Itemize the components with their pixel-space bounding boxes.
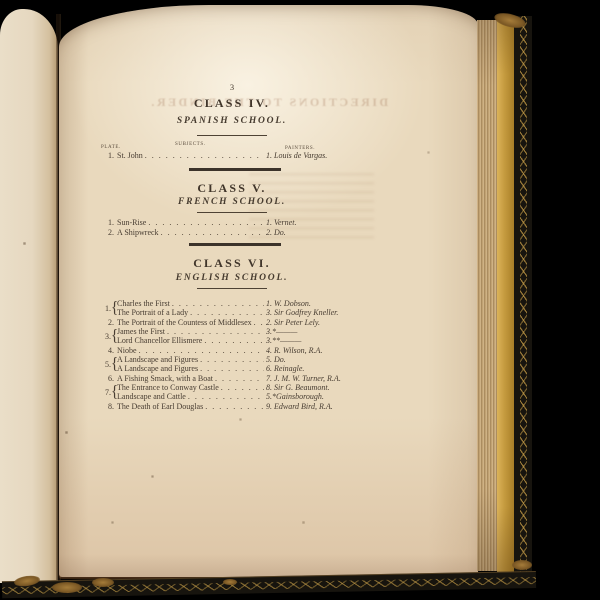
leader-dots: ........................ (205, 402, 264, 411)
leader-dots: ........................ (254, 318, 264, 327)
leader-dots: ........................ (215, 374, 264, 383)
painter-cell: 9. Edward Bird, R.A. (266, 402, 365, 411)
subject-cell: Sun-Rise (117, 218, 146, 228)
class-4-school: SPANISH SCHOOL. (99, 116, 365, 126)
painter-cell: 1. Vernet. (266, 218, 365, 228)
subject-cell: A Fishing Smack, with a Boat (117, 374, 213, 383)
class-6-title: CLASS VI. (99, 256, 365, 271)
painter-cell: 1. W. Dobson. (266, 299, 365, 308)
leader-dots: ........................ (204, 336, 264, 345)
page-content: 3 CLASS IV. SPANISH SCHOOL. PLATE. SUBJE… (99, 5, 365, 577)
cover-trim-right (514, 16, 532, 576)
catalog-row: A Landscape and Figures ................… (99, 364, 365, 373)
painter-cell: 3.*——— (266, 327, 365, 336)
brace-glyph: { (111, 355, 118, 375)
gilt-edge (497, 19, 514, 573)
paper-specks (0, 0, 1, 1)
worn-gilding-spot (52, 582, 82, 593)
painter-cell: 6. Reinagle. (266, 364, 365, 373)
plate-number: 3. (99, 332, 111, 341)
leader-dots: ........................ (200, 355, 264, 364)
plate-pair-3: 3. { (99, 327, 123, 346)
plate-pair-5: 5. { (99, 355, 123, 374)
plate-number: 8. (99, 402, 117, 411)
catalog-row: 8. The Death of Earl Douglas ...........… (99, 402, 365, 411)
plate-number: 1. (99, 304, 111, 313)
plate-number: 1. (99, 218, 117, 228)
catalog-row: A Landscape and Figures ................… (99, 355, 365, 364)
plate-number: 2. (99, 228, 117, 238)
book-photo: DIRECTIONS TO THE BINDER. 3 CLASS IV. SP… (0, 0, 600, 600)
class-5-school: FRENCH SCHOOL. (99, 197, 365, 207)
plate-number: 1. (99, 151, 117, 160)
leader-dots: ........................ (145, 151, 264, 160)
divider-rule (197, 212, 267, 213)
worn-gilding-spot (223, 579, 237, 585)
subject-cell: Landscape and Cattle (117, 392, 186, 401)
catalog-row: 1. Sun-Rise ........................ 1. … (99, 218, 365, 228)
leader-dots: ........................ (161, 228, 264, 238)
catalog-row: Landscape and Cattle ...................… (99, 392, 365, 401)
class-5-rows: 1. Sun-Rise ........................ 1. … (99, 218, 365, 237)
column-header-plate: PLATE. (101, 145, 121, 150)
catalog-row: 4. Niobe ........................ 4. R. … (99, 346, 365, 355)
worn-gilding-spot (512, 560, 532, 570)
painter-cell: 3.**——— (266, 336, 365, 345)
gold-zigzag-trim (2, 577, 536, 594)
column-header-subjects: SUBJECTS. (175, 142, 206, 147)
catalog-row: The Entrance to Conway Castle ..........… (99, 383, 365, 392)
book-page: DIRECTIONS TO THE BINDER. 3 CLASS IV. SP… (59, 5, 478, 577)
worn-gilding-spot (92, 578, 114, 587)
subject-cell: The Death of Earl Douglas (117, 402, 203, 411)
painter-cell: 8. Sir G. Beaumont. (266, 383, 365, 392)
class-5-title: CLASS V. (99, 181, 365, 196)
painter-cell: 4. R. Wilson, R.A. (266, 346, 365, 355)
section-divider (189, 168, 281, 171)
divider-rule (197, 288, 267, 289)
plate-pair-1: 1. { (99, 299, 123, 318)
class-6-school: ENGLISH SCHOOL. (99, 273, 365, 283)
catalog-row: 2. A Shipwreck ........................ … (99, 228, 365, 238)
leader-dots: ........................ (139, 346, 264, 355)
catalog-row: 2. The Portrait of the Countess of Middl… (99, 318, 365, 327)
painter-cell: 2. Do. (266, 228, 365, 238)
catalog-row: James the First ........................… (99, 327, 365, 336)
catalog-row: The Portrait of a Lady .................… (99, 308, 365, 317)
facing-page (0, 9, 58, 583)
painter-cell: 2. Sir Peter Lely. (266, 318, 365, 327)
catalog-row: 6. A Fishing Smack, with a Boat ........… (99, 374, 365, 383)
subject-cell: The Portrait of a Lady (117, 308, 188, 317)
painter-cell: 5. Do. (266, 355, 365, 364)
subject-cell: A Landscape and Figures (117, 355, 198, 364)
subject-cell: A Landscape and Figures (117, 364, 198, 373)
subject-cell: Lord Chancellor Ellismere (117, 336, 202, 345)
subject-cell: Charles the First (117, 299, 170, 308)
brace-glyph: { (111, 383, 118, 403)
divider-rule (197, 135, 267, 136)
plate-number: 5. (99, 360, 111, 369)
leader-dots: ........................ (188, 392, 264, 401)
subject-cell: A Shipwreck (117, 228, 159, 238)
painter-cell: 7. J. M. W. Turner, R.A. (266, 374, 365, 383)
subject-cell: James the First (117, 327, 165, 336)
catalog-row: 1. St. John ........................ 1. … (99, 151, 365, 160)
catalog-row: Lord Chancellor Ellismere ..............… (99, 336, 365, 345)
plate-pair-7: 7. { (99, 383, 123, 402)
subject-cell: The Portrait of the Countess of Middlese… (117, 318, 252, 327)
subject-cell: The Entrance to Conway Castle (117, 383, 219, 392)
leader-dots: ........................ (200, 364, 264, 373)
leader-dots: ........................ (167, 327, 264, 336)
leader-dots: ........................ (148, 218, 264, 228)
class-4-title: CLASS IV. (99, 96, 365, 111)
leader-dots: ........................ (172, 299, 264, 308)
page-number: 3 (99, 82, 365, 92)
brace-glyph: { (111, 326, 118, 346)
leader-dots: ........................ (190, 308, 264, 317)
painter-cell: 1. Louis de Vargas. (266, 151, 365, 160)
leader-dots: ........................ (221, 383, 264, 392)
subject-cell: St. John (117, 151, 143, 160)
class-4-rows: 1. St. John ........................ 1. … (99, 151, 365, 160)
catalog-row: Charles the First ......................… (99, 299, 365, 308)
painter-cell: 5.*Gainsborough. (266, 392, 365, 401)
plate-number: 7. (99, 388, 111, 397)
painter-cell: 3. Sir Godfrey Kneller. (266, 308, 365, 317)
section-divider (189, 243, 281, 246)
gold-zigzag-trim (520, 16, 527, 576)
brace-glyph: { (111, 298, 118, 318)
fore-edge-pages (477, 20, 497, 571)
subject-cell: Niobe (117, 346, 137, 355)
class-6-rows: Charles the First ......................… (99, 299, 365, 411)
